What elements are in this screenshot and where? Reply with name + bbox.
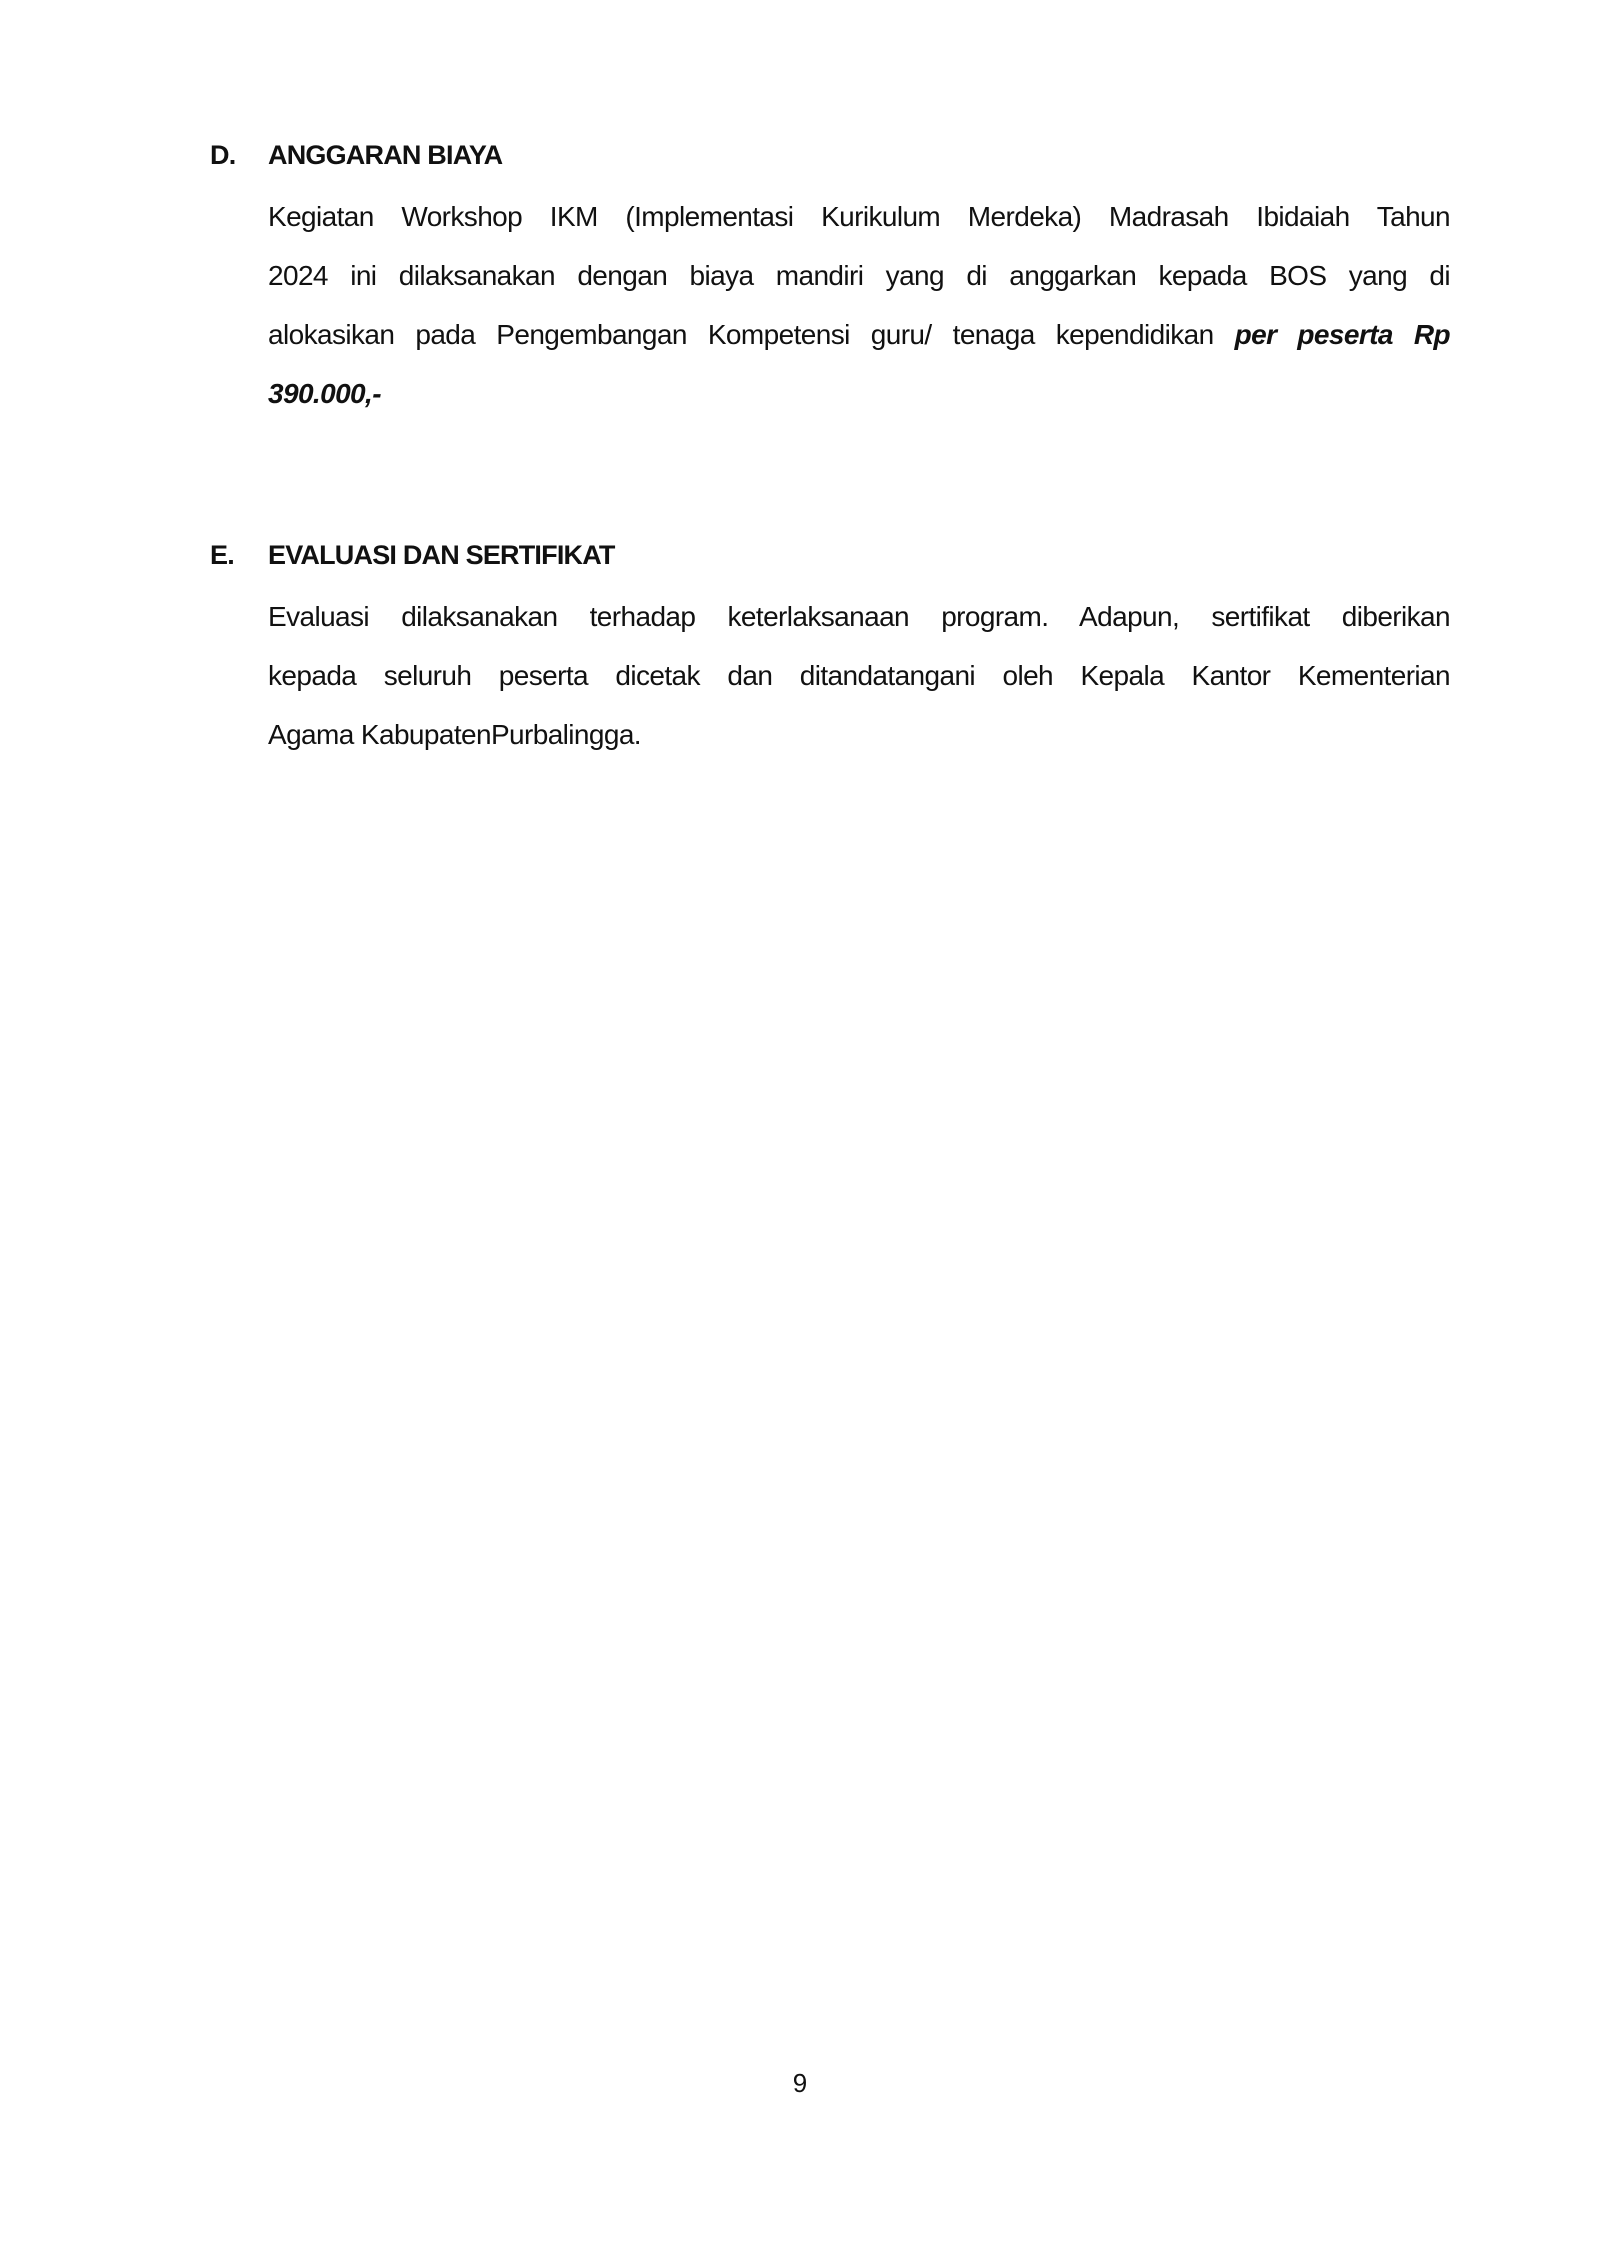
section-number: D.	[210, 142, 235, 169]
cost-amount: 390.000,-	[268, 378, 381, 409]
section-d-paragraph: Kegiatan Workshop IKM (Implementasi Kuri…	[268, 187, 1450, 423]
cost-per-participant-label: per peserta Rp	[1235, 319, 1450, 350]
section-e-paragraph: Evaluasi dilaksanakan terhadap keterlaks…	[268, 587, 1450, 764]
paragraph-line: 2024 ini dilaksanakan dengan biaya mandi…	[268, 246, 1450, 305]
section-title: ANGGARAN BIAYA	[268, 142, 502, 169]
paragraph-line: Kegiatan Workshop IKM (Implementasi Kuri…	[268, 187, 1450, 246]
page-number: 9	[0, 2068, 1600, 2099]
paragraph-line: kepada seluruh peserta dicetak dan ditan…	[268, 646, 1450, 705]
section-number: E.	[210, 542, 234, 569]
paragraph-line: alokasikan pada Pengembangan Kompetensi …	[268, 305, 1450, 364]
section-title: EVALUASI DAN SERTIFIKAT	[268, 542, 615, 569]
paragraph-line: 390.000,-	[268, 364, 1450, 423]
paragraph-line: Evaluasi dilaksanakan terhadap keterlaks…	[268, 587, 1450, 646]
paragraph-line: Agama KabupatenPurbalingga.	[268, 705, 1450, 764]
